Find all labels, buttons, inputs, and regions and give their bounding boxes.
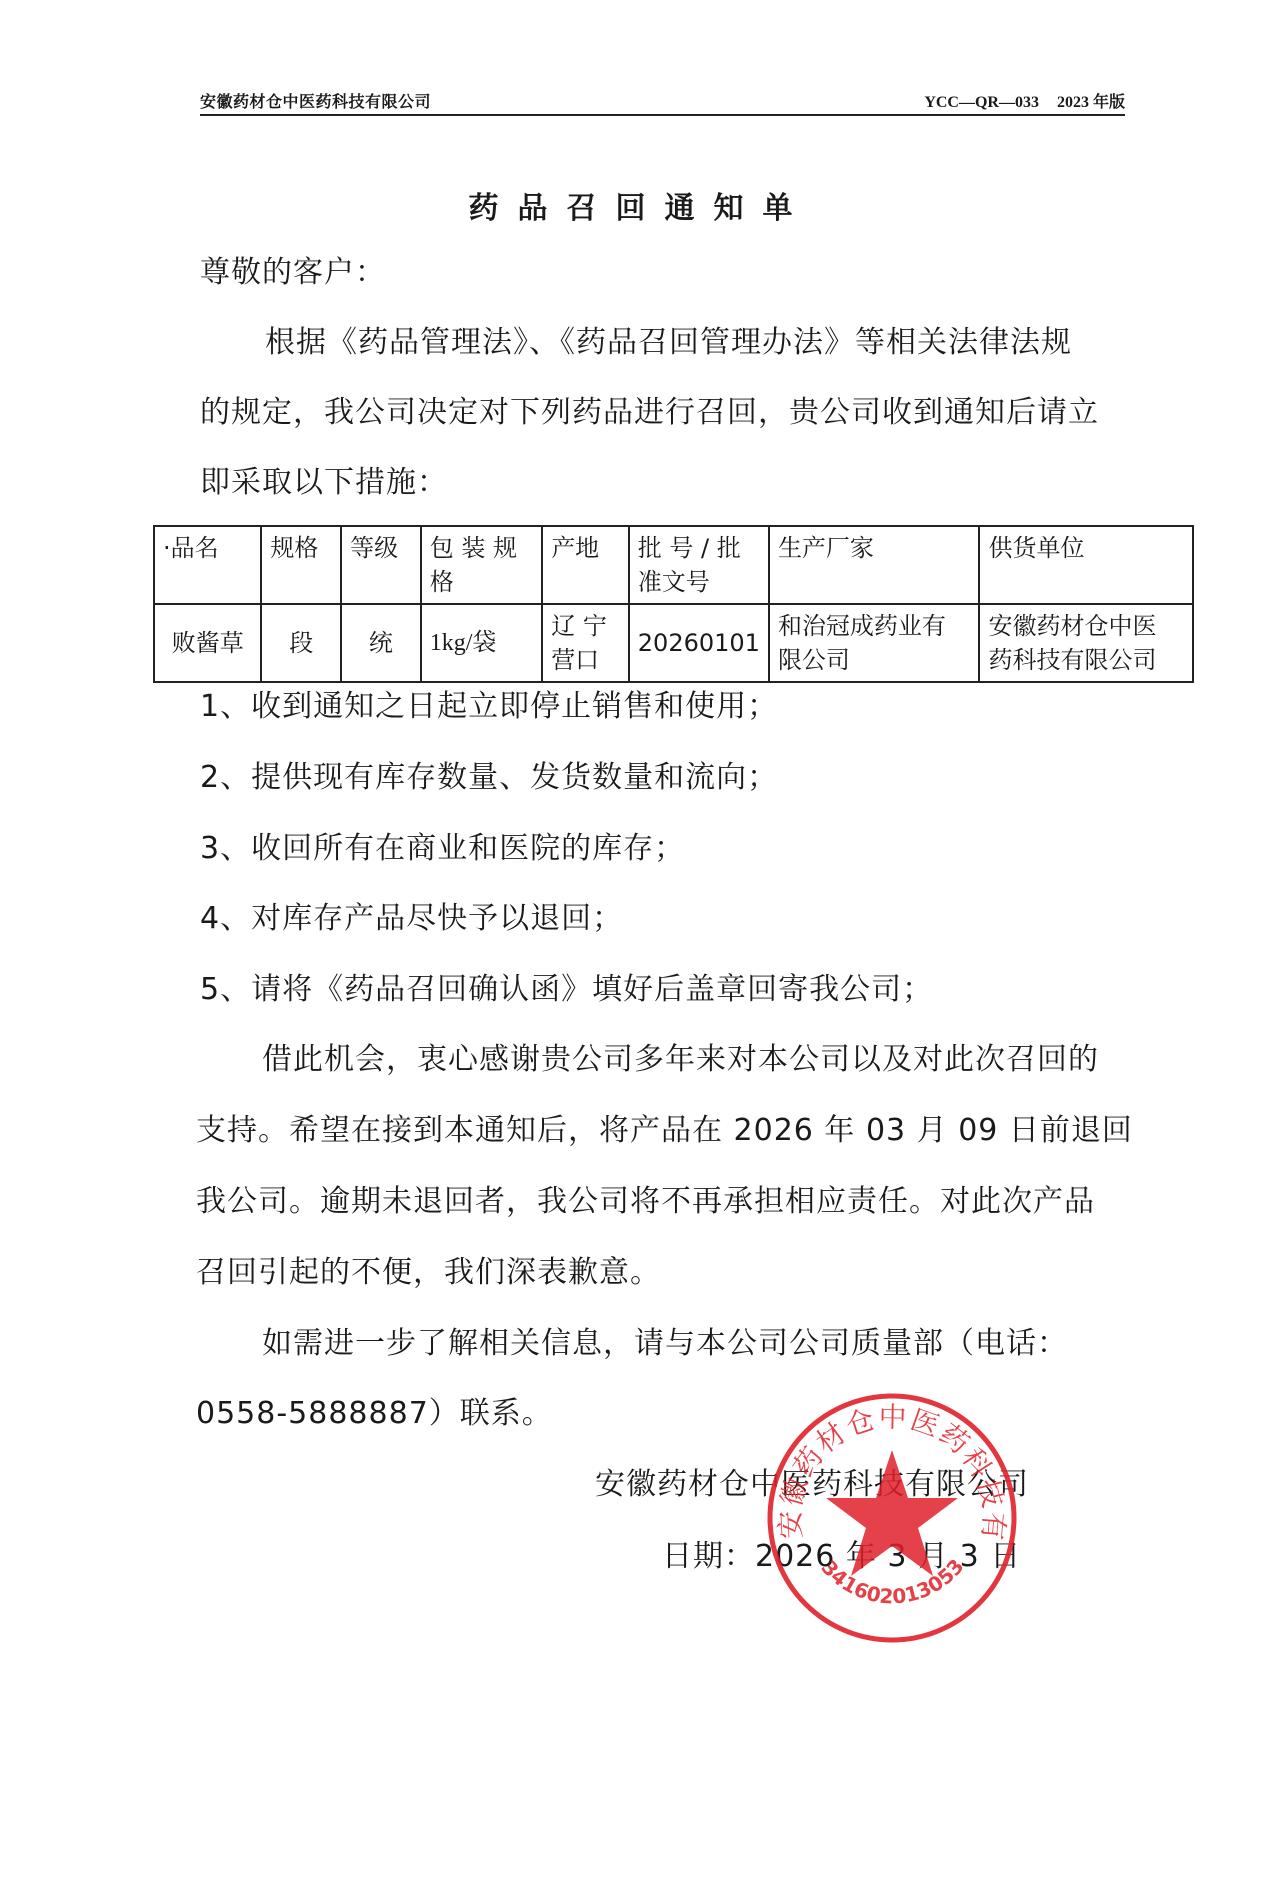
seal-text: 安徽药材仓中医药科技有限公司 <box>762 1388 1011 1543</box>
signature-date: 日期：2026 年 3 月 3 日 <box>662 1540 1021 1574</box>
signature-company: 安徽药材仓中医药科技有限公司 <box>595 1468 1029 1502</box>
header-cell-supplier: 供货单位 <box>979 526 1193 604</box>
supplier-line-1: 安徽药材仓中医 <box>988 609 1184 643</box>
cell-origin: 辽 宁营口 <box>542 604 629 682</box>
company-seal-stamp: 安徽药材仓中医药科技有限公司 3416020130536 <box>762 1388 1022 1648</box>
header-cell-name: ·品名 <box>154 526 261 604</box>
origin-line-1: 辽 宁 <box>551 609 620 643</box>
cell-name: 败酱草 <box>154 604 261 682</box>
svg-text:安徽药材仓中医药科技有限公司: 安徽药材仓中医药科技有限公司 <box>762 1388 1011 1543</box>
cell-batch: 20260101 <box>629 604 769 682</box>
header-text: 等级 <box>350 534 398 562</box>
header-text: 准文号 <box>638 565 760 599</box>
header-cell-grade: 等级 <box>341 526 421 604</box>
intro-line-2: 的规定，我公司决定对下列药品进行召回，贵公司收到通知后请立 <box>200 396 1099 430</box>
header-cell-origin: 产地 <box>542 526 629 604</box>
page-header: 安徽药材仓中医药科技有限公司 YCC—QR—0332023 年版 <box>200 88 1125 116</box>
recall-table: ·品名 规格 等级 包 装 规格 产地 批 号 / 批准文号 生产厂家 供货单位… <box>153 525 1194 683</box>
header-doc-code: YCC—QR—0332023 年版 <box>924 89 1125 112</box>
header-company: 安徽药材仓中医药科技有限公司 <box>200 89 431 112</box>
seal-icon: 安徽药材仓中医药科技有限公司 3416020130536 <box>762 1388 1022 1648</box>
document-page: 安徽药材仓中医药科技有限公司 YCC—QR—0332023 年版 药品召回通知单… <box>0 0 1280 1899</box>
header-text: 包 装 规 <box>430 531 533 565</box>
header-cell-batch: 批 号 / 批准文号 <box>629 526 769 604</box>
intro-line-1: 根据《药品管理法》、《药品召回管理办法》等相关法律法规 <box>265 326 1072 360</box>
cell-grade: 统 <box>341 604 421 682</box>
measure-item-1: 1、收到通知之日起立即停止销售和使用； <box>200 690 778 724</box>
document-title: 药品召回通知单 <box>0 183 1280 227</box>
header-text: 规格 <box>270 534 318 562</box>
cell-supplier: 安徽药材仓中医药科技有限公司 <box>979 604 1193 682</box>
header-text: 供货单位 <box>988 534 1084 562</box>
measure-item-4: 4、对库存产品尽快予以退回； <box>200 902 623 936</box>
measure-item-3: 3、收回所有在商业和医院的库存； <box>200 832 685 866</box>
doc-code: YCC—QR—033 <box>924 94 1039 111</box>
cell-package: 1kg/袋 <box>421 604 542 682</box>
header-text: 产地 <box>551 534 599 562</box>
supplier-line-2: 药科技有限公司 <box>988 643 1184 677</box>
closing-line-1: 借此机会，衷心感谢贵公司多年来对本公司以及对此次召回的 <box>262 1043 1099 1077</box>
header-cell-manufacturer: 生产厂家 <box>769 526 980 604</box>
manufacturer-line-2: 限公司 <box>778 643 971 677</box>
salutation: 尊敬的客户： <box>200 256 386 290</box>
table-header-row: ·品名 规格 等级 包 装 规格 产地 批 号 / 批准文号 生产厂家 供货单位 <box>154 526 1193 604</box>
cell-manufacturer: 和治冠成药业有限公司 <box>769 604 980 682</box>
header-text: 批 号 / 批 <box>638 531 760 565</box>
closing-line-2: 支持。希望在接到本通知后，将产品在 2026 年 03 月 09 日前退回 <box>196 1114 1133 1148</box>
measure-item-5: 5、请将《药品召回确认函》填好后盖章回寄我公司； <box>200 973 933 1007</box>
origin-line-2: 营口 <box>551 643 620 677</box>
measure-item-2: 2、提供现有库存数量、发货数量和流向； <box>200 761 778 795</box>
cell-spec: 段 <box>261 604 341 682</box>
contact-line-1: 如需进一步了解相关信息，请与本公司公司质量部（电话： <box>262 1327 1068 1361</box>
closing-line-3: 我公司。逾期未退回者，我公司将不再承担相应责任。对此次产品 <box>196 1185 1095 1219</box>
contact-line-2: 0558-5888887）联系。 <box>196 1397 553 1431</box>
header-cell-spec: 规格 <box>261 526 341 604</box>
header-cell-package: 包 装 规格 <box>421 526 542 604</box>
manufacturer-line-1: 和治冠成药业有 <box>778 609 971 643</box>
intro-line-3: 即采取以下措施： <box>200 466 448 500</box>
table-row: 败酱草 段 统 1kg/袋 辽 宁营口 20260101 和治冠成药业有限公司 … <box>154 604 1193 682</box>
header-text: ·品名 <box>163 534 219 562</box>
header-text: 格 <box>430 565 533 599</box>
closing-line-4: 召回引起的不便，我们深表歉意。 <box>196 1256 661 1290</box>
header-text: 生产厂家 <box>778 534 874 562</box>
doc-version: 2023 年版 <box>1057 94 1125 111</box>
